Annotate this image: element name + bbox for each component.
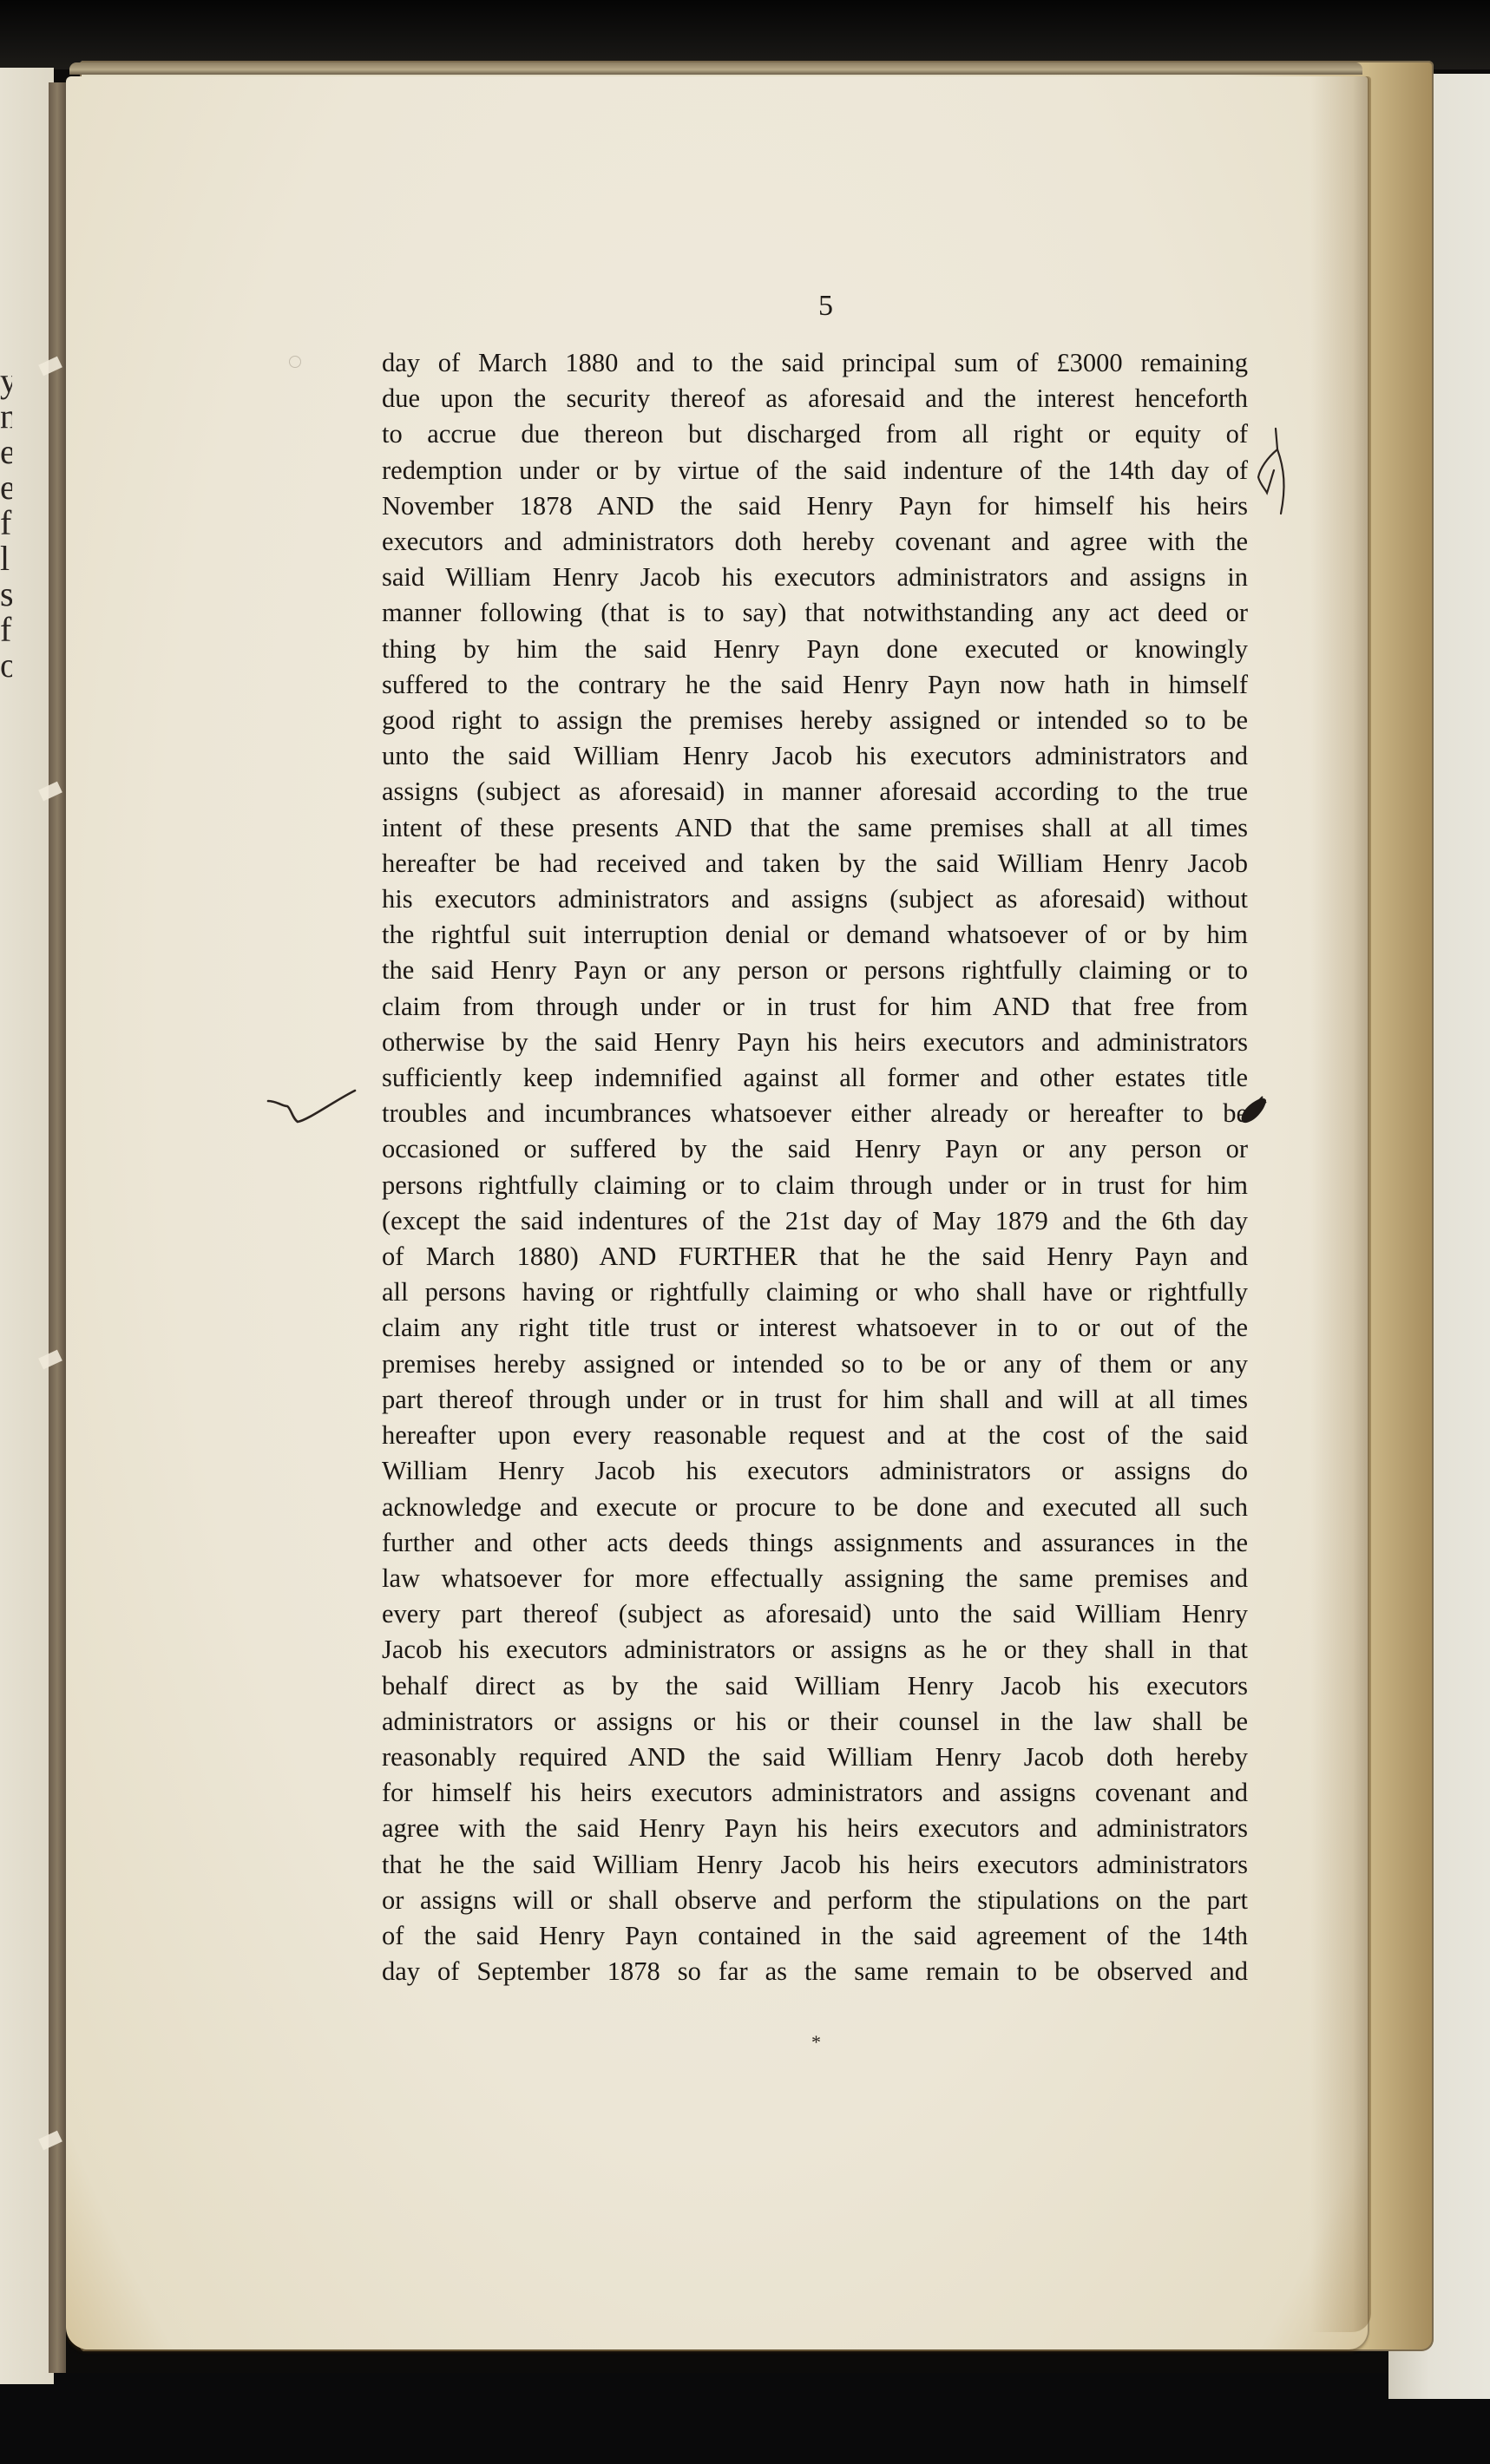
margin-bracket-icon xyxy=(1250,423,1293,519)
text-line: agree with the said Henry Payn his heirs… xyxy=(382,1811,1248,1846)
text-line: hereafter upon every reasonable request … xyxy=(382,1418,1248,1453)
text-line: acknowledge and execute or procure to be… xyxy=(382,1490,1248,1525)
body-text: day of March 1880 and to the said princi… xyxy=(382,345,1248,1989)
facing-page-letter: n xyxy=(0,396,12,436)
page-top-edge xyxy=(69,62,1362,75)
facing-page-letter: l xyxy=(0,539,10,578)
text-line: behalf direct as by the said William Hen… xyxy=(382,1668,1248,1704)
text-line: Jacob his executors administrators or as… xyxy=(382,1632,1248,1668)
text-line: that he the said William Henry Jacob his… xyxy=(382,1847,1248,1883)
text-line: of the said Henry Payn contained in the … xyxy=(382,1918,1248,1954)
text-line: administrators or assigns or his or thei… xyxy=(382,1704,1248,1740)
pinhole-mark xyxy=(289,356,301,368)
text-line: premises hereby assigned or intended so … xyxy=(382,1347,1248,1382)
ink-blot-icon xyxy=(1237,1093,1271,1128)
text-line: his executors administrators and assigns… xyxy=(382,881,1248,917)
scan-background-bottom xyxy=(0,2373,1490,2464)
facing-page-text-edge: y n e e f l s f o xyxy=(0,363,12,683)
text-line: reasonably required AND the said William… xyxy=(382,1740,1248,1775)
text-line: good right to assign the premises hereby… xyxy=(382,703,1248,738)
facing-page-letter: o xyxy=(0,645,12,683)
text-line: sufficiently keep indemnified against al… xyxy=(382,1060,1248,1096)
text-line: to accrue due thereon but discharged fro… xyxy=(382,416,1248,452)
page-number: 5 xyxy=(818,290,833,323)
facing-page-letter: e xyxy=(0,468,12,507)
text-line: part thereof through under or in trust f… xyxy=(382,1382,1248,1418)
text-line: November 1878 AND the said Henry Payn fo… xyxy=(382,488,1248,524)
text-line: further and other acts deeds things assi… xyxy=(382,1525,1248,1561)
text-line: of March 1880) AND FURTHER that he the s… xyxy=(382,1239,1248,1275)
text-line: otherwise by the said Henry Payn his hei… xyxy=(382,1025,1248,1060)
text-line: persons rightfully claiming or to claim … xyxy=(382,1168,1248,1203)
text-line: assigns (subject as aforesaid) in manner… xyxy=(382,774,1248,809)
text-line: intent of these presents AND that the sa… xyxy=(382,810,1248,846)
text-line: occasioned or suffered by the said Henry… xyxy=(382,1131,1248,1167)
facing-page-letter: f xyxy=(0,610,11,649)
check-mark-icon xyxy=(265,1080,360,1132)
text-line: due upon the security thereof as aforesa… xyxy=(382,381,1248,416)
text-line: thing by him the said Henry Payn done ex… xyxy=(382,632,1248,667)
text-line: (except the said indentures of the 21st … xyxy=(382,1203,1248,1239)
scan-background-top xyxy=(0,0,1490,69)
text-line: hereafter be had received and taken by t… xyxy=(382,846,1248,881)
footer-mark: * xyxy=(811,2031,821,2054)
text-line: claim any right title trust or interest … xyxy=(382,1310,1248,1346)
text-line: the said Henry Payn or any person or per… xyxy=(382,953,1248,988)
facing-page-letter: e xyxy=(0,432,12,471)
text-line: said William Henry Jacob his executors a… xyxy=(382,560,1248,595)
text-line: executors and administrators doth hereby… xyxy=(382,524,1248,560)
facing-page-letter: y xyxy=(0,363,12,400)
text-line: or assigns will or shall observe and per… xyxy=(382,1883,1248,1918)
text-line: the rightful suit interruption denial or… xyxy=(382,917,1248,953)
text-line: law whatsoever for more effectually assi… xyxy=(382,1561,1248,1596)
text-line: unto the said William Henry Jacob his ex… xyxy=(382,738,1248,774)
aged-edge-stain xyxy=(1310,76,1371,2332)
text-line: all persons having or rightfully claimin… xyxy=(382,1275,1248,1310)
text-line: day of September 1878 so far as the same… xyxy=(382,1954,1248,1989)
text-line: troubles and incumbrances whatsoever eit… xyxy=(382,1096,1248,1131)
text-line: manner following (that is to say) that n… xyxy=(382,595,1248,631)
facing-page-left: y n e e f l s f o xyxy=(0,68,54,2384)
text-line: day of March 1880 and to the said princi… xyxy=(382,345,1248,381)
text-line: for himself his heirs executors administ… xyxy=(382,1775,1248,1811)
text-line: claim from through under or in trust for… xyxy=(382,989,1248,1025)
text-line: redemption under or by virtue of the sai… xyxy=(382,453,1248,488)
text-line: suffered to the contrary he the said Hen… xyxy=(382,667,1248,703)
text-line: William Henry Jacob his executors admini… xyxy=(382,1453,1248,1489)
book-spine xyxy=(49,82,66,2373)
text-line: every part thereof (subject as aforesaid… xyxy=(382,1596,1248,1632)
facing-page-letter: f xyxy=(0,503,11,542)
facing-page-letter: s xyxy=(0,574,12,613)
